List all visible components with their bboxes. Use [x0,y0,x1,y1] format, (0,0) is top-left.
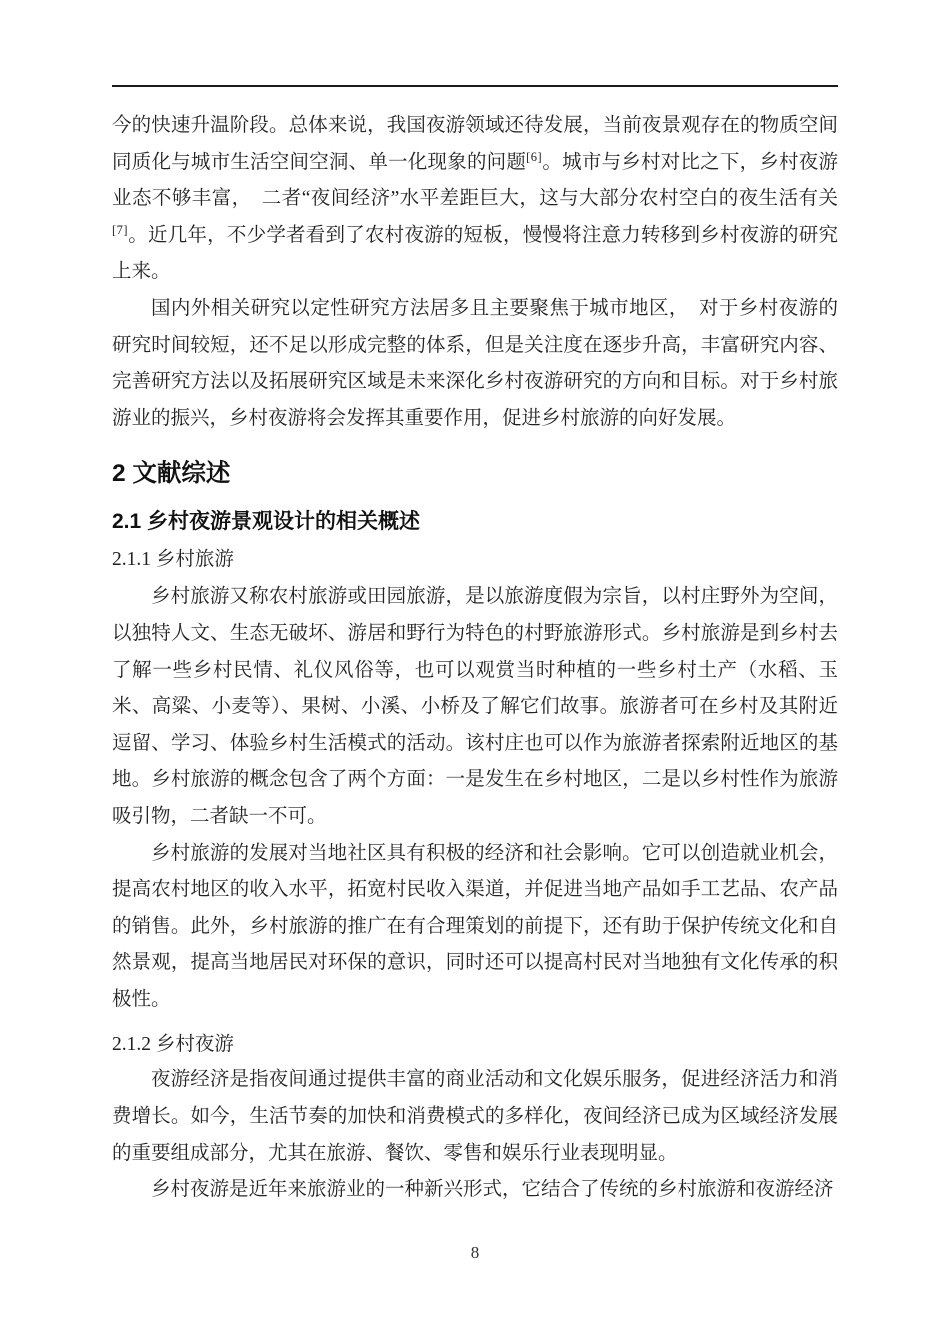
paragraph-text: 。近几年，不少学者看到了农村夜游的短板，慢慢将注意力转移到乡村夜游的研究上来。 [112,225,838,283]
paragraph-rural-tourism-definition: 乡村旅游又称农村旅游或田园旅游，是以旅游度假为宗旨，以村庄野外为空间，以独特人文… [112,579,838,835]
paragraph-rural-tourism-impact: 乡村旅游的发展对当地社区具有积极的经济和社会影响。它可以创造就业机会，提高农村地… [112,836,838,1019]
page-content: 今的快速升温阶段。总体来说，我国夜游领域还待发展，当前夜景观存在的物质空间同质化… [112,87,838,1209]
document-page: 今的快速升温阶段。总体来说，我国夜游领域还待发展，当前夜景观存在的物质空间同质化… [0,0,950,1344]
chapter-heading-literature-review: 2 文献综述 [112,459,838,489]
subsection-heading-2-1-1: 2.1.1 乡村旅游 [112,545,838,575]
citation-ref-6: [6] [526,150,542,164]
section-heading-2-1: 2.1 乡村夜游景观设计的相关概述 [112,508,838,536]
paragraph-rural-night-tour: 乡村夜游是近年来旅游业的一种新兴形式，它结合了传统的乡村旅游和夜游经济 [112,1172,838,1209]
paragraph-night-economy: 夜游经济是指夜间通过提供丰富的商业活动和文化娱乐服务，促进经济活力和消费增长。如… [112,1062,838,1172]
citation-ref-7: [7] [112,223,128,237]
page-number: 8 [0,1243,950,1263]
paragraph-research-status: 国内外相关研究以定性研究方法居多且主要聚焦于城市地区， 对于乡村夜游的研究时间较… [112,291,838,437]
paragraph-continuation: 今的快速升温阶段。总体来说，我国夜游领域还待发展，当前夜景观存在的物质空间同质化… [112,108,838,291]
subsection-heading-2-1-2: 2.1.2 乡村夜游 [112,1030,838,1060]
